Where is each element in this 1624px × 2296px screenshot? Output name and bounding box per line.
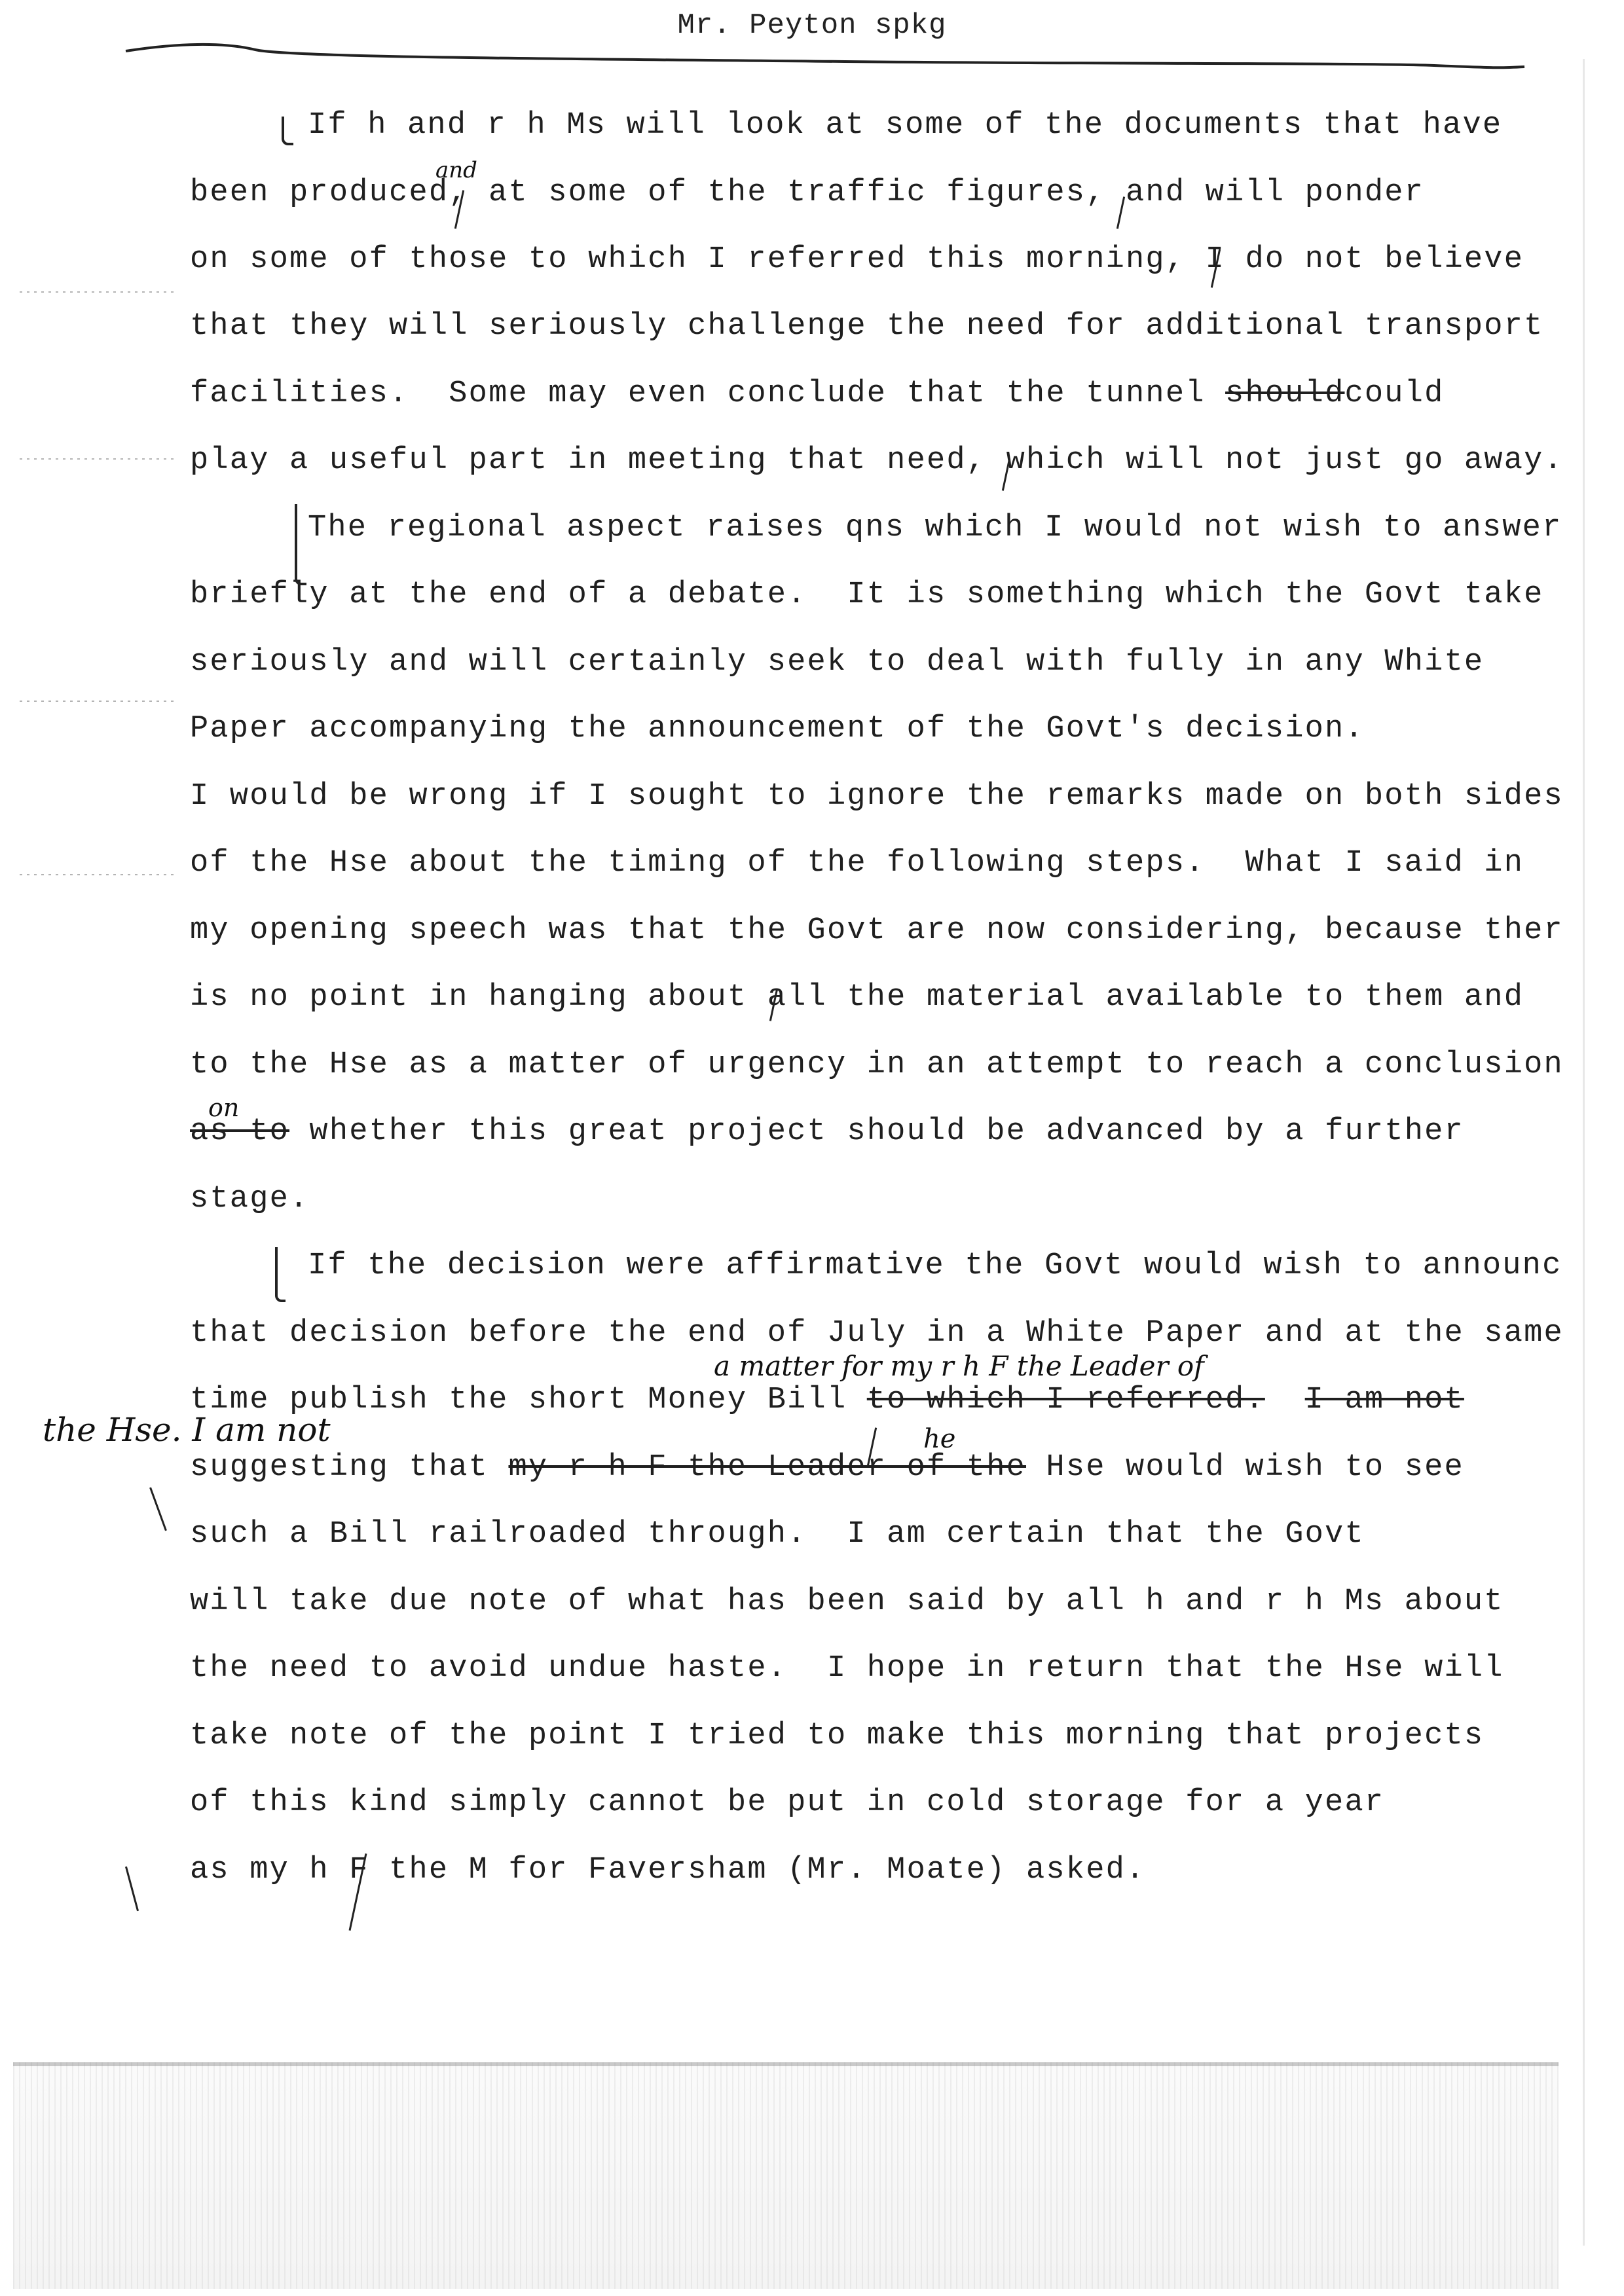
line-text: to the Hse as a matter of urgency in an …	[190, 1048, 1564, 1082]
typed-line: been produced, at some of the traffic fi…	[190, 175, 1424, 210]
handwritten-insert-above-line: a matter for my r h F the Leader of	[714, 1350, 1204, 1382]
typed-line: play a useful part in meeting that need,…	[190, 443, 1564, 478]
line-text: of the Hse about the timing of the follo…	[190, 846, 1524, 881]
typed-line: The regional aspect raises qns which I w…	[308, 511, 1562, 545]
line-text: Paper accompanying the announcement of t…	[190, 712, 1365, 746]
handwritten-insert-on: on	[208, 1093, 239, 1122]
struck-out-text: should	[1225, 376, 1344, 411]
line-text: Hse would wish to see	[1026, 1450, 1464, 1485]
typed-line: as my h F the M for Faversham (Mr. Moate…	[190, 1853, 1145, 1887]
typed-line: is no point in hanging about all the mat…	[190, 980, 1524, 1015]
typed-line: If the decision were affirmative the Gov…	[308, 1248, 1562, 1283]
line-text: whether this great project should be adv…	[289, 1114, 1464, 1149]
struck-out-text: my r h F the Leader of the	[508, 1450, 1026, 1485]
line-text: seriously and will certainly seek to dea…	[190, 645, 1484, 680]
typed-line: of the Hse about the timing of the follo…	[190, 846, 1524, 881]
line-text: If the decision were affirmative the Gov…	[308, 1248, 1562, 1283]
typed-line: will take due note of what has been said…	[190, 1584, 1504, 1619]
typed-line: Paper accompanying the announcement of t…	[190, 712, 1365, 746]
typed-line: as to whether this great project should …	[190, 1114, 1464, 1149]
scan-artifact	[20, 291, 177, 293]
line-text: on some of those to which I referred thi…	[190, 242, 1524, 277]
typed-line: I would be wrong if I sought to ignore t…	[190, 779, 1564, 814]
line-text: The regional aspect raises qns which I w…	[308, 511, 1562, 545]
typed-line: time publish the short Money Bill to whi…	[190, 1383, 1464, 1417]
line-text: suggesting that	[190, 1450, 508, 1485]
typed-line: If h and r h Ms will look at some of the…	[308, 108, 1502, 143]
paragraph-bracket	[282, 117, 293, 145]
typed-line: of this kind simply cannot be put in col…	[190, 1785, 1384, 1820]
handwritten-margin-note: the Hse. I am not	[43, 1411, 331, 1449]
typed-line: my opening speech was that the Govt are …	[190, 913, 1564, 948]
typed-line: briefly at the end of a debate. It is so…	[190, 577, 1544, 612]
scan-artifact	[20, 458, 177, 460]
line-text: stage.	[190, 1182, 309, 1216]
typed-line: such a Bill railroaded through. I am cer…	[190, 1517, 1365, 1552]
line-text: will take due note of what has been said…	[190, 1584, 1504, 1619]
insertion-mark	[149, 1487, 167, 1531]
typed-line: seriously and will certainly seek to dea…	[190, 645, 1484, 680]
struck-out-text: as to	[190, 1114, 289, 1149]
line-text: as my h F the M for Faversham (Mr. Moate…	[190, 1853, 1145, 1887]
typed-line: that decision before the end of July in …	[190, 1316, 1564, 1351]
typed-line: suggesting that my r h F the Leader of t…	[190, 1450, 1464, 1485]
page-header: Mr. Peyton spkg	[0, 9, 1624, 42]
line-text: If h and r h Ms will look at some of the…	[308, 108, 1502, 143]
typed-line: stage.	[190, 1182, 309, 1216]
typed-line: on some of those to which I referred thi…	[190, 242, 1524, 277]
insertion-mark	[125, 1867, 139, 1911]
paragraph-bracket	[275, 1247, 286, 1302]
line-text: play a useful part in meeting that need,…	[190, 443, 1564, 478]
typed-line: take note of the point I tried to make t…	[190, 1719, 1484, 1753]
line-text: I would be wrong if I sought to ignore t…	[190, 779, 1564, 814]
line-text: that they will seriously challenge the n…	[190, 309, 1544, 344]
handwritten-insert-he: he	[923, 1424, 955, 1454]
line-text: my opening speech was that the Govt are …	[190, 913, 1564, 948]
line-text: that decision before the end of July in …	[190, 1316, 1564, 1351]
line-text: facilities. Some may even conclude that …	[190, 376, 1225, 411]
line-text: such a Bill railroaded through. I am cer…	[190, 1517, 1365, 1552]
typed-line: that they will seriously challenge the n…	[190, 309, 1544, 344]
scan-noise-region	[13, 2062, 1559, 2289]
paragraph-bracket	[295, 504, 306, 585]
line-text: briefly at the end of a debate. It is so…	[190, 577, 1544, 612]
line-text: could	[1344, 376, 1444, 411]
typed-line: facilities. Some may even conclude that …	[190, 376, 1445, 411]
page-edge	[1583, 59, 1585, 2246]
handwritten-underline	[124, 39, 1526, 72]
line-text	[1265, 1383, 1305, 1417]
struck-out-text: to which I referred.	[867, 1383, 1265, 1417]
line-text: of this kind simply cannot be put in col…	[190, 1785, 1384, 1820]
line-text: is no point in hanging about all the mat…	[190, 980, 1524, 1015]
scan-artifact	[20, 701, 177, 702]
line-text: the need to avoid undue haste. I hope in…	[190, 1651, 1504, 1686]
typed-line: the need to avoid undue haste. I hope in…	[190, 1651, 1504, 1686]
typed-line: to the Hse as a matter of urgency in an …	[190, 1048, 1564, 1082]
struck-out-text: I am not	[1305, 1383, 1464, 1417]
handwritten-insert-and: and	[435, 157, 477, 183]
line-text: take note of the point I tried to make t…	[190, 1719, 1484, 1753]
line-text: been produced, at some of the traffic fi…	[190, 175, 1424, 210]
scan-artifact	[20, 874, 177, 875]
